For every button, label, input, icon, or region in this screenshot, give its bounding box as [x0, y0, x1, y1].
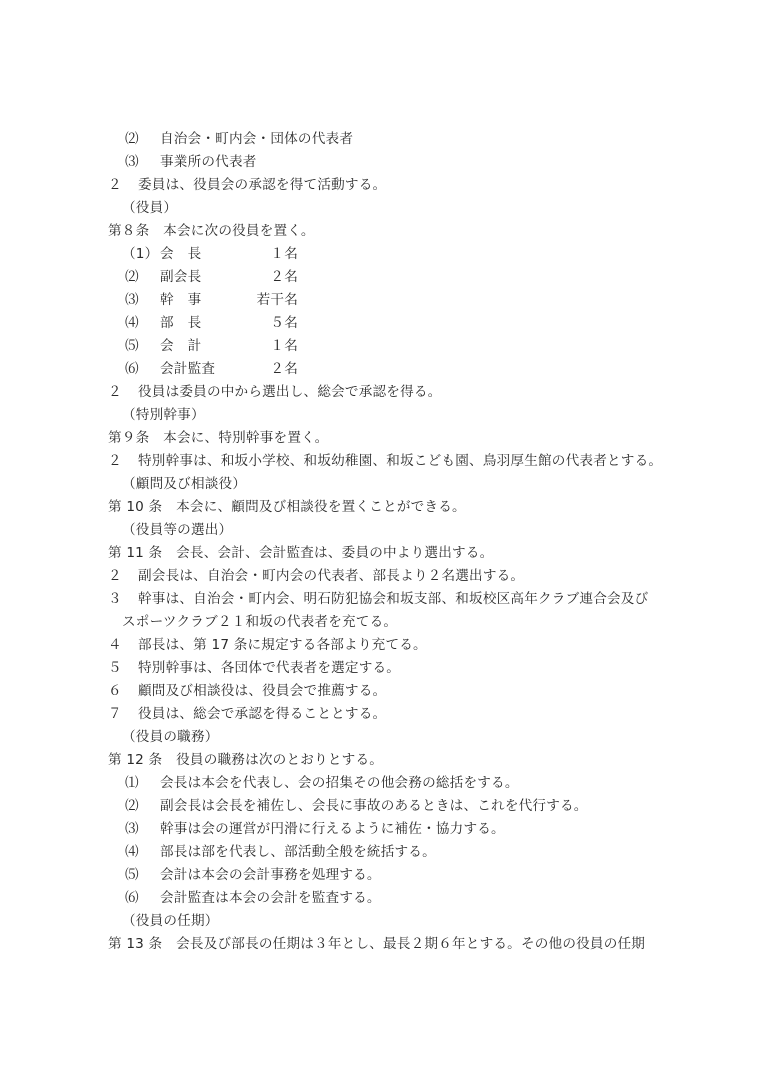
- paragraph: ２役員は委員の中から選出し、総会で承認を得る。: [108, 381, 441, 404]
- item-number: ⑸: [125, 864, 139, 887]
- section-heading: （特別幹事）: [122, 404, 205, 427]
- section-heading: （役員の職務）: [122, 726, 219, 749]
- paragraph-text: 部長は、第 17 条に規定する各部より充てる。: [138, 637, 427, 653]
- article: 第 13 条 会長及び部長の任期は３年とし、最長２期６年とする。その他の役員の任…: [108, 933, 645, 956]
- paragraph-number: ２: [108, 565, 138, 588]
- role-count: ２名: [258, 358, 298, 381]
- item-number: ⑷: [125, 841, 139, 864]
- paragraph-number: ６: [108, 680, 138, 703]
- item-number: ⑶: [125, 289, 139, 312]
- paragraph-number: ４: [108, 634, 138, 657]
- item-text: 会計監査は本会の会計を監査する。: [160, 887, 381, 910]
- paragraph: ５特別幹事は、各団体で代表者を選定する。: [108, 657, 400, 680]
- section-heading: （役員）: [122, 197, 177, 220]
- role-count: ５名: [258, 312, 298, 335]
- item-number: ⑵: [125, 266, 139, 289]
- paragraph-number: ２: [108, 450, 138, 473]
- role-name: 会 長: [160, 243, 201, 266]
- paragraph: ６顧問及び相談役は、役員会で推薦する。: [108, 680, 386, 703]
- role-name: 部 長: [160, 312, 201, 335]
- paragraph-text: 特別幹事は、各団体で代表者を選定する。: [138, 660, 400, 676]
- item-text: 事業所の代表者: [160, 151, 257, 174]
- role-name: 会計監査: [160, 358, 215, 381]
- item-number: ⑹: [125, 887, 139, 910]
- item-number: ⑸: [125, 335, 139, 358]
- article: 第 11 条 会長、会計、会計監査は、委員の中より選出する。: [108, 542, 493, 565]
- item-text: 会計は本会の会計事務を処理する。: [160, 864, 381, 887]
- article: 第 12 条 役員の職務は次のとおりとする。: [108, 749, 383, 772]
- paragraph-number: ２: [108, 174, 138, 197]
- paragraph: ２委員は、役員会の承認を得て活動する。: [108, 174, 386, 197]
- section-heading: （役員の任期）: [122, 910, 219, 933]
- paragraph: ２副会長は、自治会・町内会の代表者、部長より２名選出する。: [108, 565, 524, 588]
- item-number: ⑶: [125, 151, 139, 174]
- paragraph: ７役員は、総会で承認を得ることとする。: [108, 703, 386, 726]
- paragraph-text: 役員は委員の中から選出し、総会で承認を得る。: [138, 384, 441, 400]
- paragraph-continuation: スポーツクラブ２１和坂の代表者を充てる。: [122, 611, 397, 634]
- paragraph-text: 顧問及び相談役は、役員会で推薦する。: [138, 683, 386, 699]
- item-number: ⑵: [125, 795, 139, 818]
- role-count: 若干名: [238, 289, 298, 312]
- item-number: ⑷: [125, 312, 139, 335]
- item-number: ⑵: [125, 128, 139, 151]
- paragraph-text: 役員は、総会で承認を得ることとする。: [138, 706, 386, 722]
- item-text: 部長は部を代表し、部活動全般を統括する。: [160, 841, 436, 864]
- item-number: ⑶: [125, 818, 139, 841]
- paragraph: ３幹事は、自治会・町内会、明石防犯協会和坂支部、和坂校区高年クラブ連合会及び: [108, 588, 648, 611]
- document-page: ⑵ 自治会・町内会・団体の代表者 ⑶ 事業所の代表者 ２委員は、役員会の承認を得…: [0, 0, 764, 1080]
- paragraph-number: ３: [108, 588, 138, 611]
- paragraph: ４部長は、第 17 条に規定する各部より充てる。: [108, 634, 427, 657]
- role-count: ２名: [258, 266, 298, 289]
- role-count: １名: [258, 243, 298, 266]
- paragraph-number: ５: [108, 657, 138, 680]
- paragraph-number: ２: [108, 381, 138, 404]
- role-name: 副会長: [160, 266, 201, 289]
- article: 第 10 条 本会に、顧問及び相談役を置くことができる。: [108, 496, 466, 519]
- role-name: 会 計: [160, 335, 201, 358]
- section-heading: （顧問及び相談役）: [122, 473, 246, 496]
- paragraph-text: 特別幹事は、和坂小学校、和坂幼稚園、和坂こども園、鳥羽厚生館の代表者とする。: [138, 453, 662, 469]
- section-heading: （役員等の選出）: [122, 519, 232, 542]
- role-name: 幹 事: [160, 289, 201, 312]
- paragraph-text: 副会長は、自治会・町内会の代表者、部長より２名選出する。: [138, 568, 524, 584]
- item-number: （1）: [122, 243, 158, 266]
- item-text: 自治会・町内会・団体の代表者: [160, 128, 353, 151]
- item-number: ⑴: [125, 772, 139, 795]
- item-number: ⑹: [125, 358, 139, 381]
- paragraph-text: 幹事は、自治会・町内会、明石防犯協会和坂支部、和坂校区高年クラブ連合会及び: [138, 591, 648, 607]
- article: 第９条 本会に、特別幹事を置く。: [108, 427, 328, 450]
- paragraph-text: 委員は、役員会の承認を得て活動する。: [138, 177, 386, 193]
- item-text: 副会長は会長を補佐し、会長に事故のあるときは、これを代行する。: [160, 795, 588, 818]
- item-text: 幹事は会の運営が円滑に行えるように補佐・協力する。: [160, 818, 505, 841]
- paragraph-number: ７: [108, 703, 138, 726]
- paragraph: ２特別幹事は、和坂小学校、和坂幼稚園、和坂こども園、鳥羽厚生館の代表者とする。: [108, 450, 662, 473]
- article: 第８条 本会に次の役員を置く。: [108, 220, 315, 243]
- item-text: 会長は本会を代表し、会の招集その他会務の総括をする。: [160, 772, 519, 795]
- role-count: １名: [258, 335, 298, 358]
